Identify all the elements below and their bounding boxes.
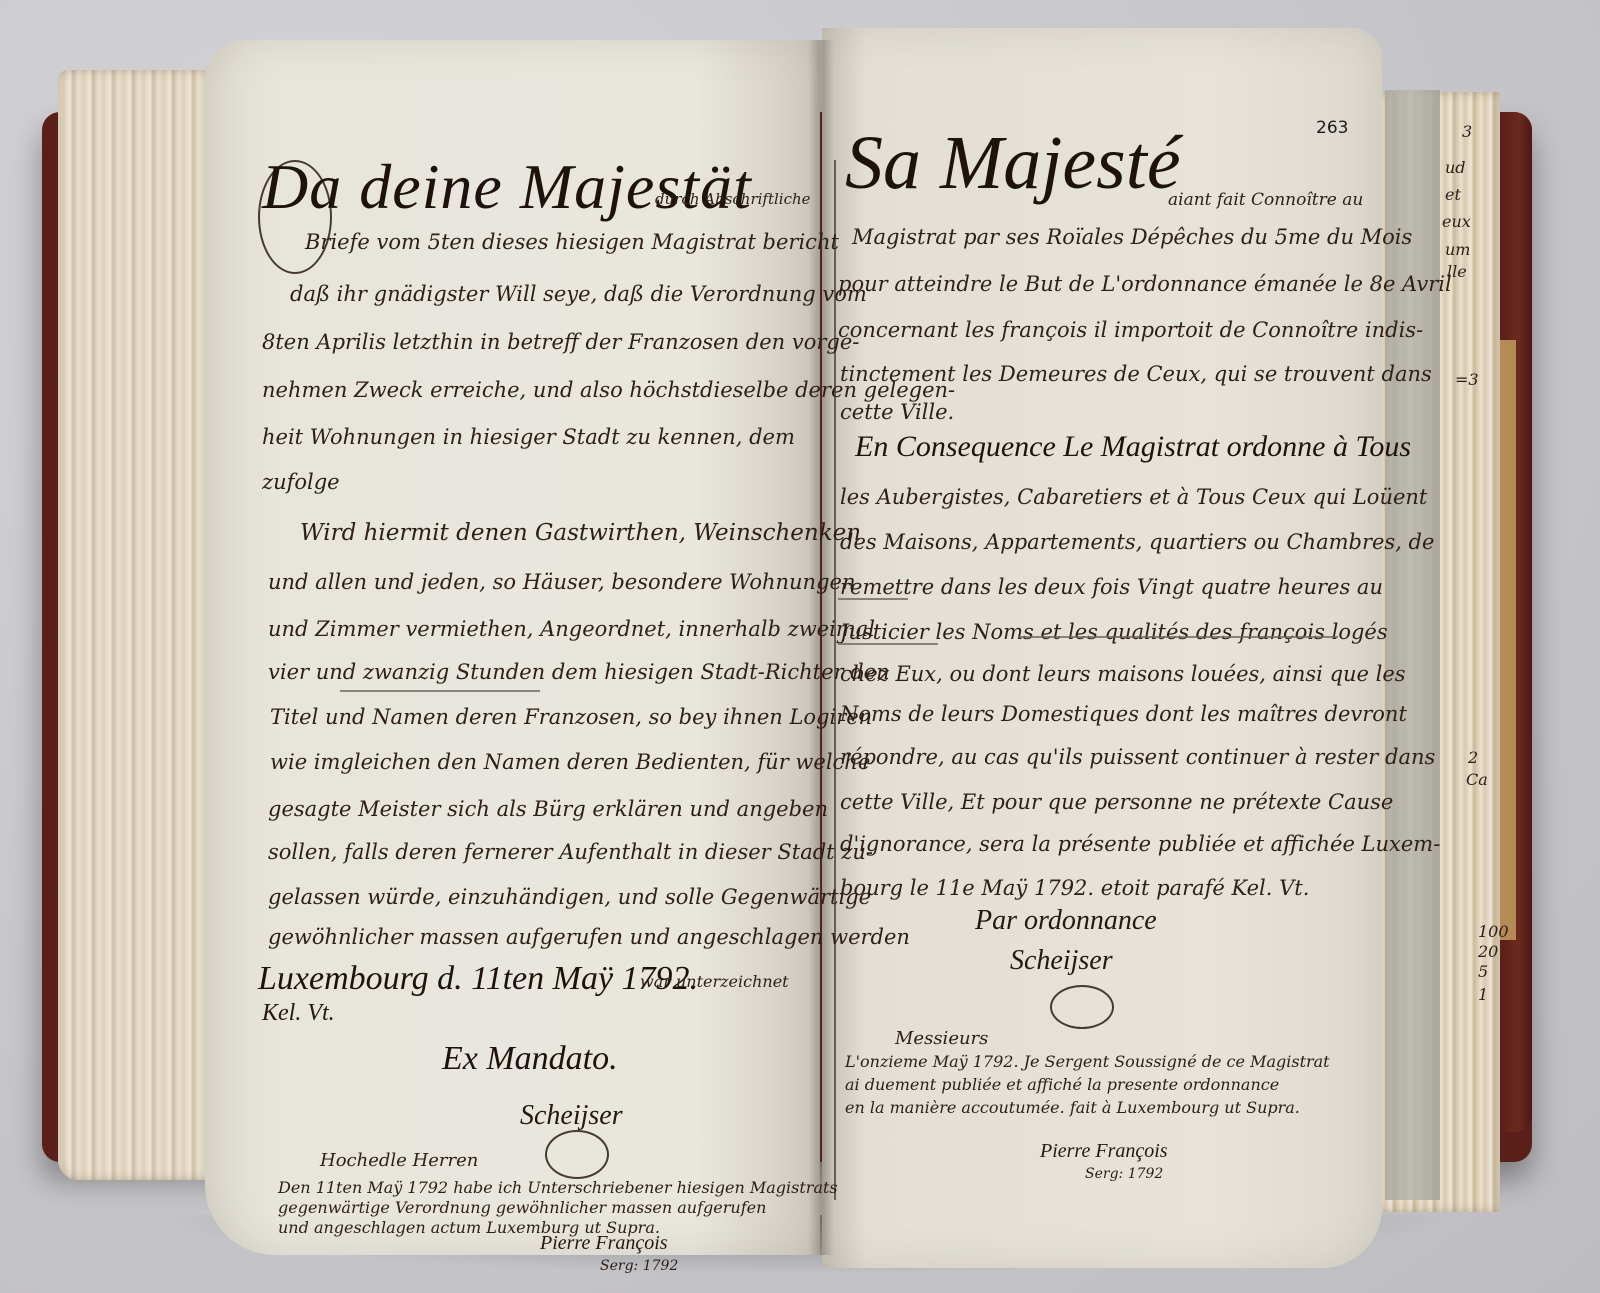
edge-note: 2 [1468,748,1478,767]
left-line: durch Abschriftliche [655,190,811,208]
text-underline [838,643,938,645]
right-line: En Consequence Le Magistrat ordonne à To… [855,430,1411,464]
edge-note: 5 [1478,962,1488,981]
text-underline [838,598,908,600]
left-line: heit Wohnungen in hiesiger Stadt zu kenn… [262,425,795,449]
left-line: gewöhnlicher massen aufgerufen und anges… [268,925,910,949]
left-initials: Kel. Vt. [262,1000,335,1027]
left-line: wie imgleichen den Namen deren Bedienten… [270,750,870,774]
left-line: gesagte Meister sich als Bürg erklären u… [268,797,828,821]
right-notice-heading: Messieurs [895,1028,988,1049]
left-line: vier und zwanzig Stunden dem hiesigen St… [268,660,890,684]
edge-note: 20 [1478,942,1498,961]
left-date-suffix: war unterzeichnet [640,972,789,991]
right-line: cette Ville. [840,400,954,424]
edge-note: eux [1442,212,1471,231]
right-line: aiant fait Connoître au [1168,190,1363,210]
edge-note: 1 [1478,985,1488,1004]
left-line: sollen, falls deren fernerer Aufenthalt … [268,840,873,864]
left-line: zufolge [262,470,340,494]
right-notice-line: en la manière accoutumée. fait à Luxembo… [845,1098,1300,1117]
right-signature: Scheijser [1010,945,1113,977]
edge-note: 3 [1462,122,1472,141]
right-line: concernant les françois il importoit de … [838,318,1423,342]
right-line: Justicier les Noms et les qualités des f… [840,620,1388,644]
right-line: Magistrat par ses Roïales Dépêches du 5m… [852,225,1412,249]
right-line: cette Ville, Et pour que personne ne pré… [840,790,1393,814]
edge-note: et [1445,185,1461,204]
right-line: pour atteindre le But de L'ordonnance ém… [838,272,1452,296]
text-underline [340,690,540,692]
left-date-line: Luxembourg d. 11ten Maÿ 1792. [258,960,698,998]
left-signature: Scheijser [520,1100,623,1132]
right-sergeant-signature: Pierre François [1040,1140,1168,1163]
edge-note: Ca [1466,770,1488,789]
left-sergeant-note: Serg: 1792 [600,1258,678,1274]
left-line: und allen und jeden, so Häuser, besonder… [268,570,855,594]
right-line: bourg le 11e Maÿ 1792. etoit parafé Kel.… [840,876,1309,900]
right-line: remettre dans les deux fois Vingt quatre… [840,575,1383,599]
right-line: d'ignorance, sera la présente publiée et… [840,832,1440,856]
right-line: Noms de leurs Domestiques dont les maîtr… [840,702,1407,726]
right-line: répondre, au cas qu'ils puissent continu… [840,745,1435,769]
tissue-guard-strip [1385,90,1440,1200]
signature-flourish [1050,985,1114,1029]
left-heading: Da deine Majestät [262,150,752,224]
left-line: und Zimmer vermiethen, Angeordnet, inner… [268,617,875,641]
right-notice-line: L'onzieme Maÿ 1792. Je Sergent Soussigné… [845,1052,1330,1071]
right-line: les Aubergistes, Cabaretiers et à Tous C… [840,485,1427,509]
left-notice-line: gegenwärtige Verordnung gewöhnlicher mas… [278,1198,766,1217]
right-sergeant-note: Serg: 1792 [1085,1166,1163,1182]
right-line: chez Eux, ou dont leurs maisons louées, … [840,662,1406,686]
signature-flourish [545,1130,609,1179]
edge-note: =3 [1455,370,1479,389]
edge-note: um [1445,240,1470,259]
page-number: 263 [1316,118,1348,138]
left-line: Briefe vom 5ten dieses hiesigen Magistra… [305,230,839,254]
left-line: Wird hiermit denen Gastwirthen, Weinsche… [300,520,861,546]
left-closing: Ex Mandato. [442,1040,618,1078]
edge-note: 100 [1478,922,1509,941]
right-heading: Sa Majesté [845,120,1181,207]
book-gutter [808,40,834,1255]
left-line: daß ihr gnädigster Will seye, daß die Ve… [290,282,867,306]
right-line: tinctement les Demeures de Ceux, qui se … [840,362,1432,386]
right-line: des Maisons, Appartements, quartiers ou … [840,530,1434,554]
left-line: 8ten Aprilis letzthin in betreff der Fra… [262,330,859,354]
left-line: gelassen würde, einzuhändigen, und solle… [268,885,871,909]
left-line: Titel und Namen deren Franzosen, so bey … [270,705,872,729]
left-notice-heading: Hochedle Herren [320,1150,478,1171]
left-sergeant-signature: Pierre François [540,1232,668,1255]
edge-note: ud [1445,158,1466,177]
left-notice-line: Den 11ten Maÿ 1792 habe ich Unterschrieb… [278,1178,838,1197]
right-notice-line: ai duement publiée et affiché la present… [845,1075,1279,1094]
right-closing: Par ordonnance [975,905,1157,937]
text-underline [1018,636,1338,638]
